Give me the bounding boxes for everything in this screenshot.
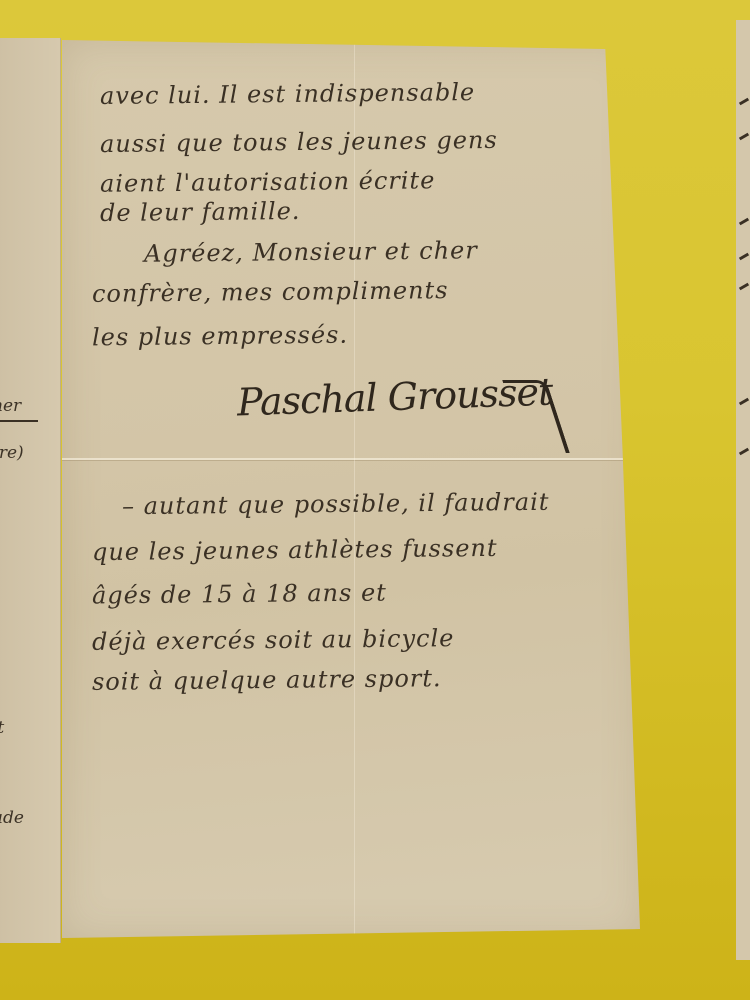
left-fragment-rule	[0, 420, 38, 422]
letter-line: confrère, mes compliments	[92, 276, 449, 308]
right-fragment-stroke	[739, 218, 749, 226]
left-fragment-text: ner	[0, 396, 21, 416]
right-fragment-stroke	[739, 283, 749, 291]
letter-line: avec lui. Il est indispensable	[100, 78, 475, 110]
letter-line: aussi que tous les jeunes gens	[100, 126, 498, 158]
letter-page: avec lui. Il est indispensable aussi que…	[62, 40, 640, 938]
right-fragment-stroke	[739, 98, 749, 106]
right-fragment-stroke	[739, 253, 749, 261]
letter-line: que les jeunes athlètes fussent	[92, 534, 498, 566]
letter-line: de leur famille.	[100, 197, 301, 227]
letter-line: âgés de 15 à 18 ans et	[92, 578, 387, 609]
letter-line: les plus empressés.	[92, 321, 348, 352]
letter-line: déjà exercés soit au bicycle	[92, 624, 455, 656]
letter-line: aient l'autorisation écrite	[100, 166, 436, 198]
right-fragment-stroke	[739, 133, 749, 141]
left-fragment-text: it	[0, 718, 4, 738]
letter-line: soit à quelque autre sport.	[92, 664, 442, 696]
right-fragment-stroke	[739, 448, 749, 456]
signature-flourish	[502, 380, 570, 453]
signature: Paschal Grousset	[236, 370, 553, 425]
left-page-fragment: . . ner tre) it ude	[0, 38, 61, 943]
letter-line: Agréez, Monsieur et cher	[144, 236, 478, 267]
right-fragment-stroke	[739, 398, 749, 406]
left-fragment-text: ude	[0, 808, 24, 828]
letter-line: – autant que possible, il faudrait	[122, 488, 550, 520]
horizontal-fold-crease	[62, 458, 640, 460]
right-page-fragment	[736, 20, 750, 960]
left-fragment-text: tre)	[0, 443, 24, 463]
